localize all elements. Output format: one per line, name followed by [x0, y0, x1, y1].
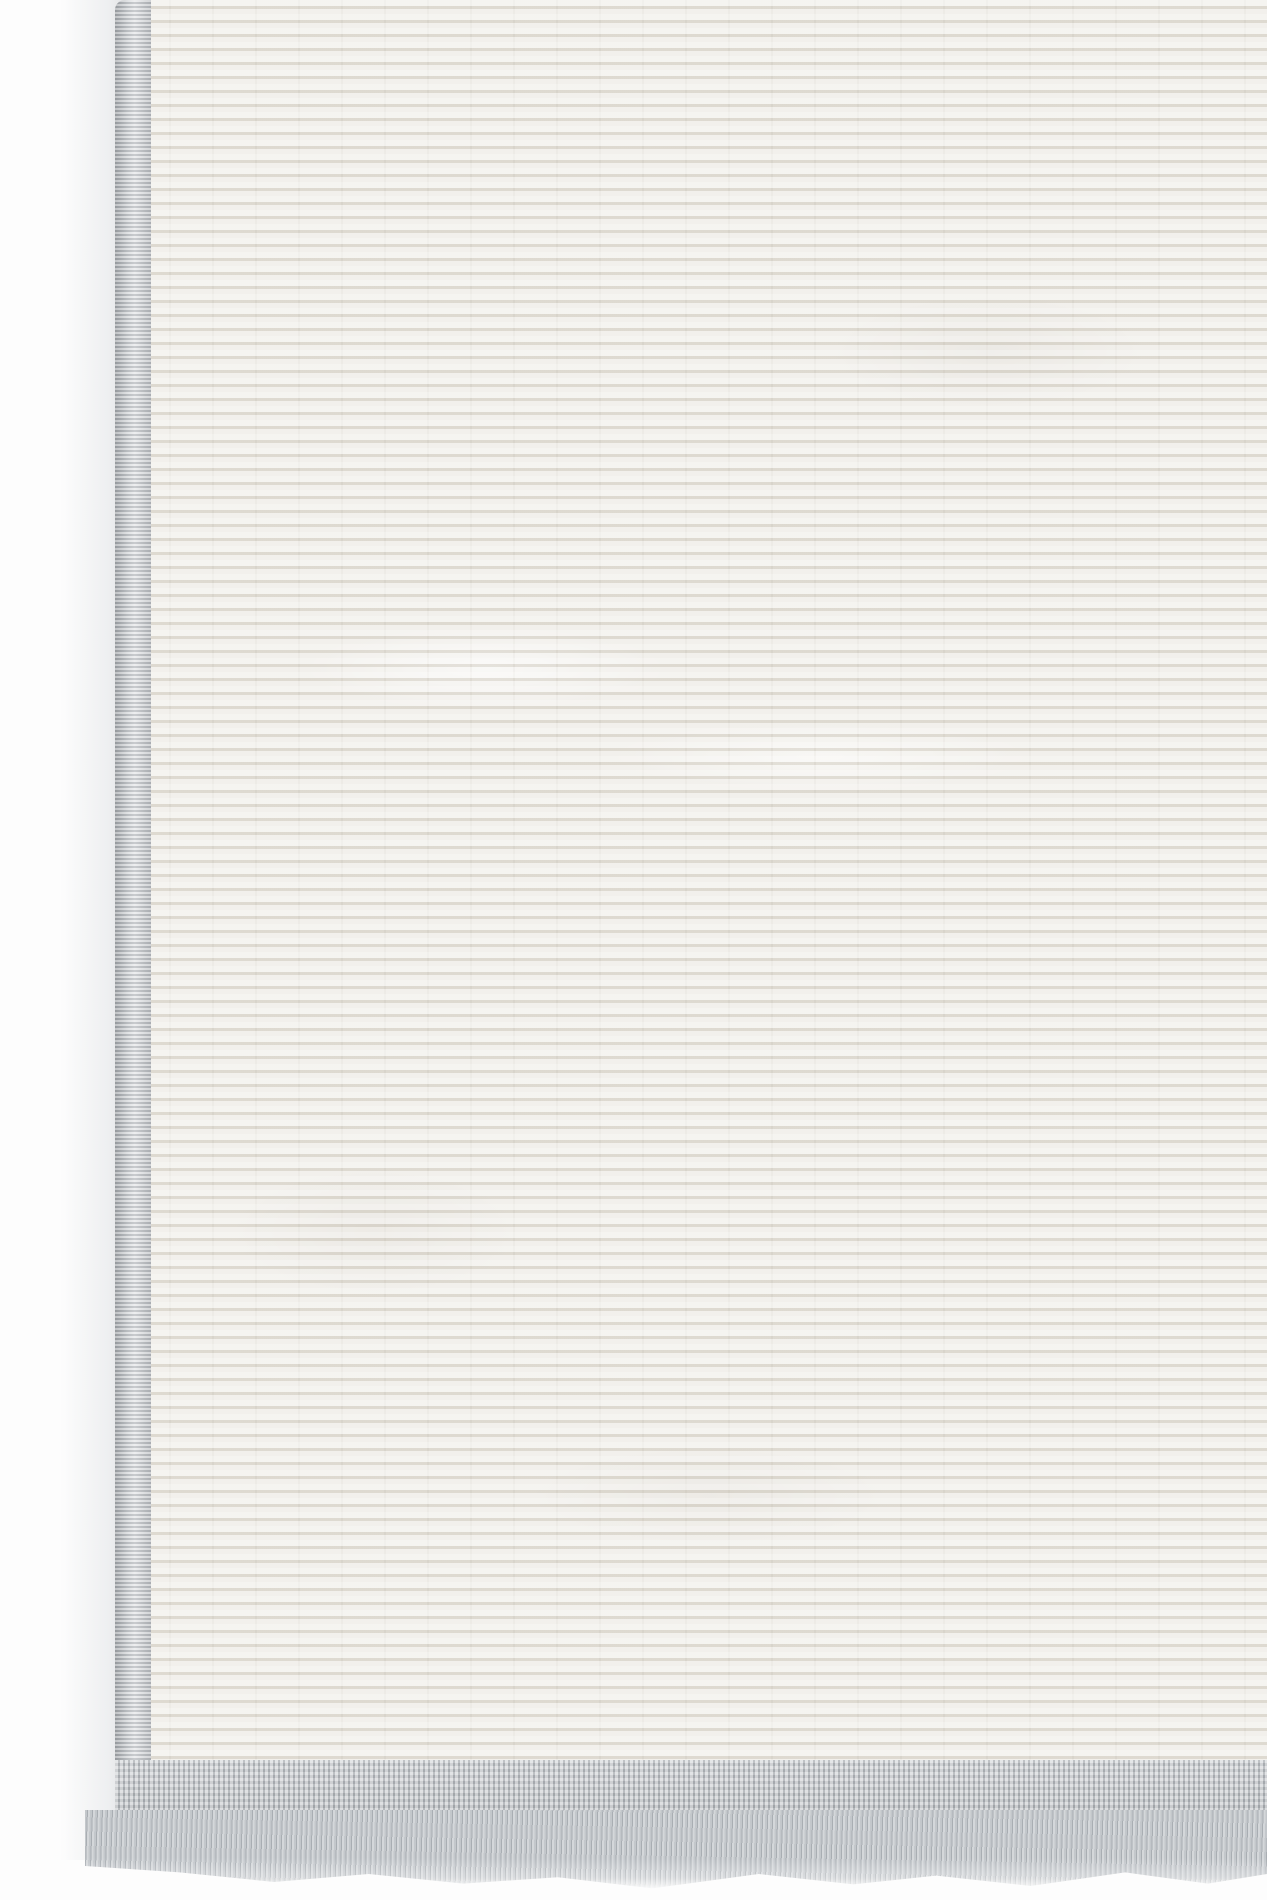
- photo-background: Close-up photo of a cream/ivory high-low…: [0, 0, 1267, 1900]
- rug-pile-texture: [151, 0, 1267, 1760]
- rug: [115, 0, 1267, 1760]
- rug-bound-edge: [115, 0, 151, 1760]
- rug-fringe: [85, 1810, 1267, 1890]
- rug-woven-end-band: [115, 1760, 1267, 1815]
